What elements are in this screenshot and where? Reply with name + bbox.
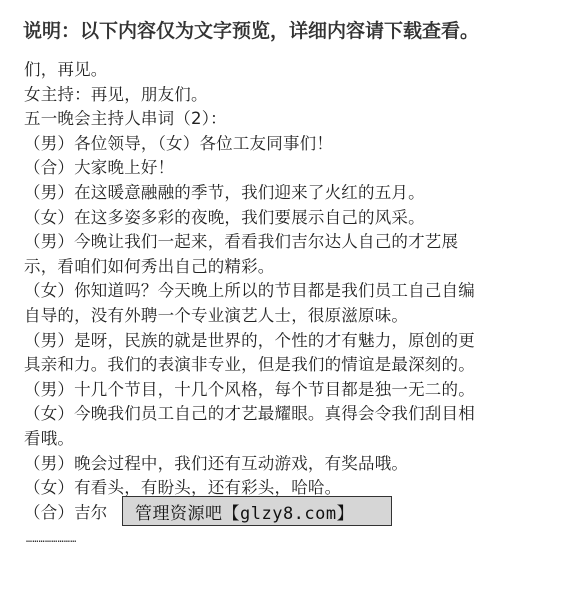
watermark-banner: 管理资源吧【glzy8.com】 (122, 496, 392, 526)
text-line: （男）在这暖意融融的季节，我们迎来了火红的五月。 (24, 181, 544, 206)
truncation-ellipsis: …………………… (26, 534, 77, 545)
text-line: （合）大家晚上好！ (24, 156, 544, 181)
text-line: （男）晚会过程中，我们还有互动游戏，有奖品哦。 (24, 452, 544, 477)
text-line: 示，看咱们如何秀出自己的精彩。 (24, 255, 544, 280)
text-line: （男）十几个节目，十几个风格，每个节目都是独一无二的。 (24, 378, 544, 403)
text-line: （男）今晚让我们一起来，看看我们吉尔达人自己的才艺展 (24, 230, 544, 255)
text-line: 们，再见。 (24, 58, 544, 83)
text-line: 具亲和力。我们的表演非专业，但是我们的情谊是最深刻的。 (24, 353, 544, 378)
text-line: 五一晚会主持人串词（2）： (24, 107, 544, 132)
text-line: （男）是呀，民族的就是世界的，个性的才有魅力，原创的更 (24, 329, 544, 354)
text-line: （女）你知道吗？今天晚上所以的节目都是我们员工自己自编 (24, 279, 544, 304)
text-line: （男）各位领导，（女）各位工友同事们！ (24, 132, 544, 157)
text-line: 自导的，没有外聘一个专业演艺人士，很原滋原味。 (24, 304, 544, 329)
text-line: 女主持：再见，朋友们。 (24, 83, 544, 108)
text-line: （女）在这多姿多彩的夜晚，我们要展示自己的风采。 (24, 206, 544, 231)
text-line: （女）今晚我们员工自己的才艺最耀眼。真得会令我们刮目相 (24, 402, 544, 427)
document-body: 们，再见。 女主持：再见，朋友们。 五一晚会主持人串词（2）： （男）各位领导，… (24, 58, 544, 525)
text-line: 看哦。 (24, 427, 544, 452)
preview-notice: 说明：以下内容仅为文字预览，详细内容请下载查看。 (23, 16, 479, 43)
